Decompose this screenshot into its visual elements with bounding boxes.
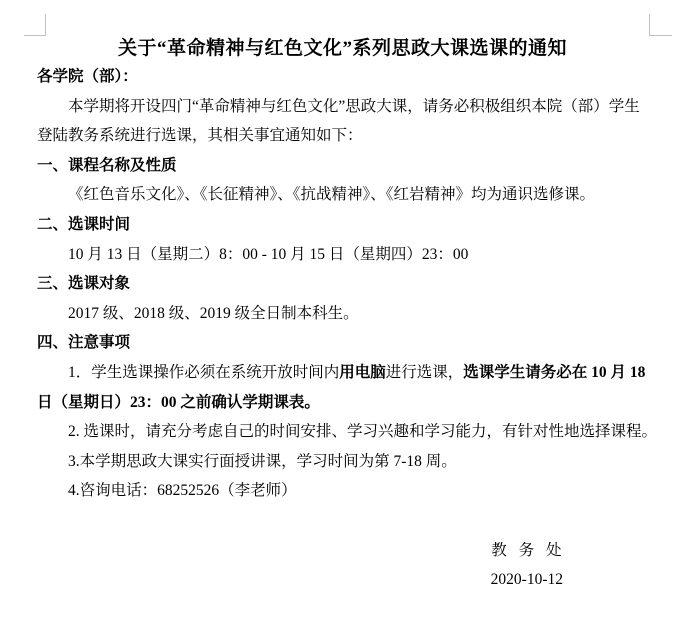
text-line: 2. 选课时，请充分考虑自己的时间安排、学习兴趣和学习能力，有针对性地选择课程。 bbox=[37, 417, 648, 447]
text-segment: 四、注意事项 bbox=[37, 334, 130, 351]
document-content: 关于“革命精神与红色文化”系列思政大课选课的通知 各学院（部）：本学期将开设四门… bbox=[37, 36, 648, 595]
text-line: 本学期将开设四门“革命精神与红色文化”思政大课，请务必积极组织本院（部）学生 bbox=[37, 92, 648, 122]
text-line: 4.咨询电话：68252526（李老师） bbox=[37, 476, 648, 506]
text-line: 登陆教务系统进行选课，其相关事宜通知如下： bbox=[37, 121, 648, 151]
text-segment: 一、课程名称及性质 bbox=[37, 157, 177, 174]
text-segment: 1．学生选课操作必须在系统开放时间内 bbox=[68, 364, 339, 381]
text-line: 2017 级、2018 级、2019 级全日制本科生。 bbox=[37, 299, 648, 329]
document-body: 各学院（部）：本学期将开设四门“革命精神与红色文化”思政大课，请务必积极组织本院… bbox=[37, 62, 648, 536]
text-segment: 4.咨询电话：68252526（李老师） bbox=[68, 482, 297, 499]
text-line: 三、选课对象 bbox=[37, 269, 648, 299]
document-title: 关于“革命精神与红色文化”系列思政大课选课的通知 bbox=[37, 36, 648, 62]
text-segment: 2. 选课时，请充分考虑自己的时间安排、学习兴趣和学习能力，有针对性地选择课程。 bbox=[68, 423, 657, 440]
margin-corner-top-right-horizontal-mark bbox=[649, 35, 672, 36]
text-segment: 3.本学期思政大课实行面授讲课，学习时间为第 7-18 周。 bbox=[68, 453, 457, 470]
signature-block: 教 务 处 2020-10-12 bbox=[37, 536, 648, 595]
text-segment: 选课学生请务必在 10 月 18 bbox=[463, 364, 645, 381]
margin-corner-top-right-vertical-mark bbox=[649, 14, 650, 36]
text-segment: 进行选课， bbox=[386, 364, 464, 381]
text-line: 日（星期日）23：00 之前确认学期课表。 bbox=[37, 388, 648, 418]
text-segment: 10 月 13 日（星期二）8：00 - 10 月 15 日（星期四）23：00 bbox=[68, 246, 468, 263]
signature-department: 教 务 处 bbox=[491, 536, 563, 566]
text-segment: 登陆教务系统进行选课，其相关事宜通知如下： bbox=[37, 127, 363, 144]
text-segment: 2017 级、2018 级、2019 级全日制本科生。 bbox=[68, 305, 359, 322]
text-line: 四、注意事项 bbox=[37, 328, 648, 358]
text-segment: 二、选课时间 bbox=[37, 216, 130, 233]
text-line: 各学院（部）： bbox=[37, 62, 648, 92]
text-segment: 《红色音乐文化》、《长征精神》、《抗战精神》、《红岩精神》均为通识选修课。 bbox=[68, 186, 595, 203]
text-line bbox=[37, 506, 648, 536]
text-line: 3.本学期思政大课实行面授讲课，学习时间为第 7-18 周。 bbox=[37, 447, 648, 477]
signature-date: 2020-10-12 bbox=[491, 565, 563, 595]
signature-inner: 教 务 处 2020-10-12 bbox=[491, 536, 563, 595]
text-line: 一、课程名称及性质 bbox=[37, 151, 648, 181]
text-line: 二、选课时间 bbox=[37, 210, 648, 240]
text-segment: 用电脑 bbox=[339, 364, 386, 381]
text-segment: 各学院（部）： bbox=[37, 68, 138, 85]
text-line: 1．学生选课操作必须在系统开放时间内用电脑进行选课，选课学生请务必在 10 月 … bbox=[37, 358, 648, 388]
document-page: 关于“革命精神与红色文化”系列思政大课选课的通知 各学院（部）：本学期将开设四门… bbox=[0, 0, 682, 631]
text-segment: 三、选课对象 bbox=[37, 275, 130, 292]
text-segment: 日（星期日）23：00 之前确认学期课表。 bbox=[37, 394, 320, 411]
text-segment: 本学期将开设四门“革命精神与红色文化”思政大课，请务必积极组织本院（部）学生 bbox=[68, 98, 640, 115]
text-line: 10 月 13 日（星期二）8：00 - 10 月 15 日（星期四）23：00 bbox=[37, 240, 648, 270]
text-line: 《红色音乐文化》、《长征精神》、《抗战精神》、《红岩精神》均为通识选修课。 bbox=[37, 180, 648, 210]
margin-corner-top-left-vertical-mark bbox=[45, 14, 46, 36]
